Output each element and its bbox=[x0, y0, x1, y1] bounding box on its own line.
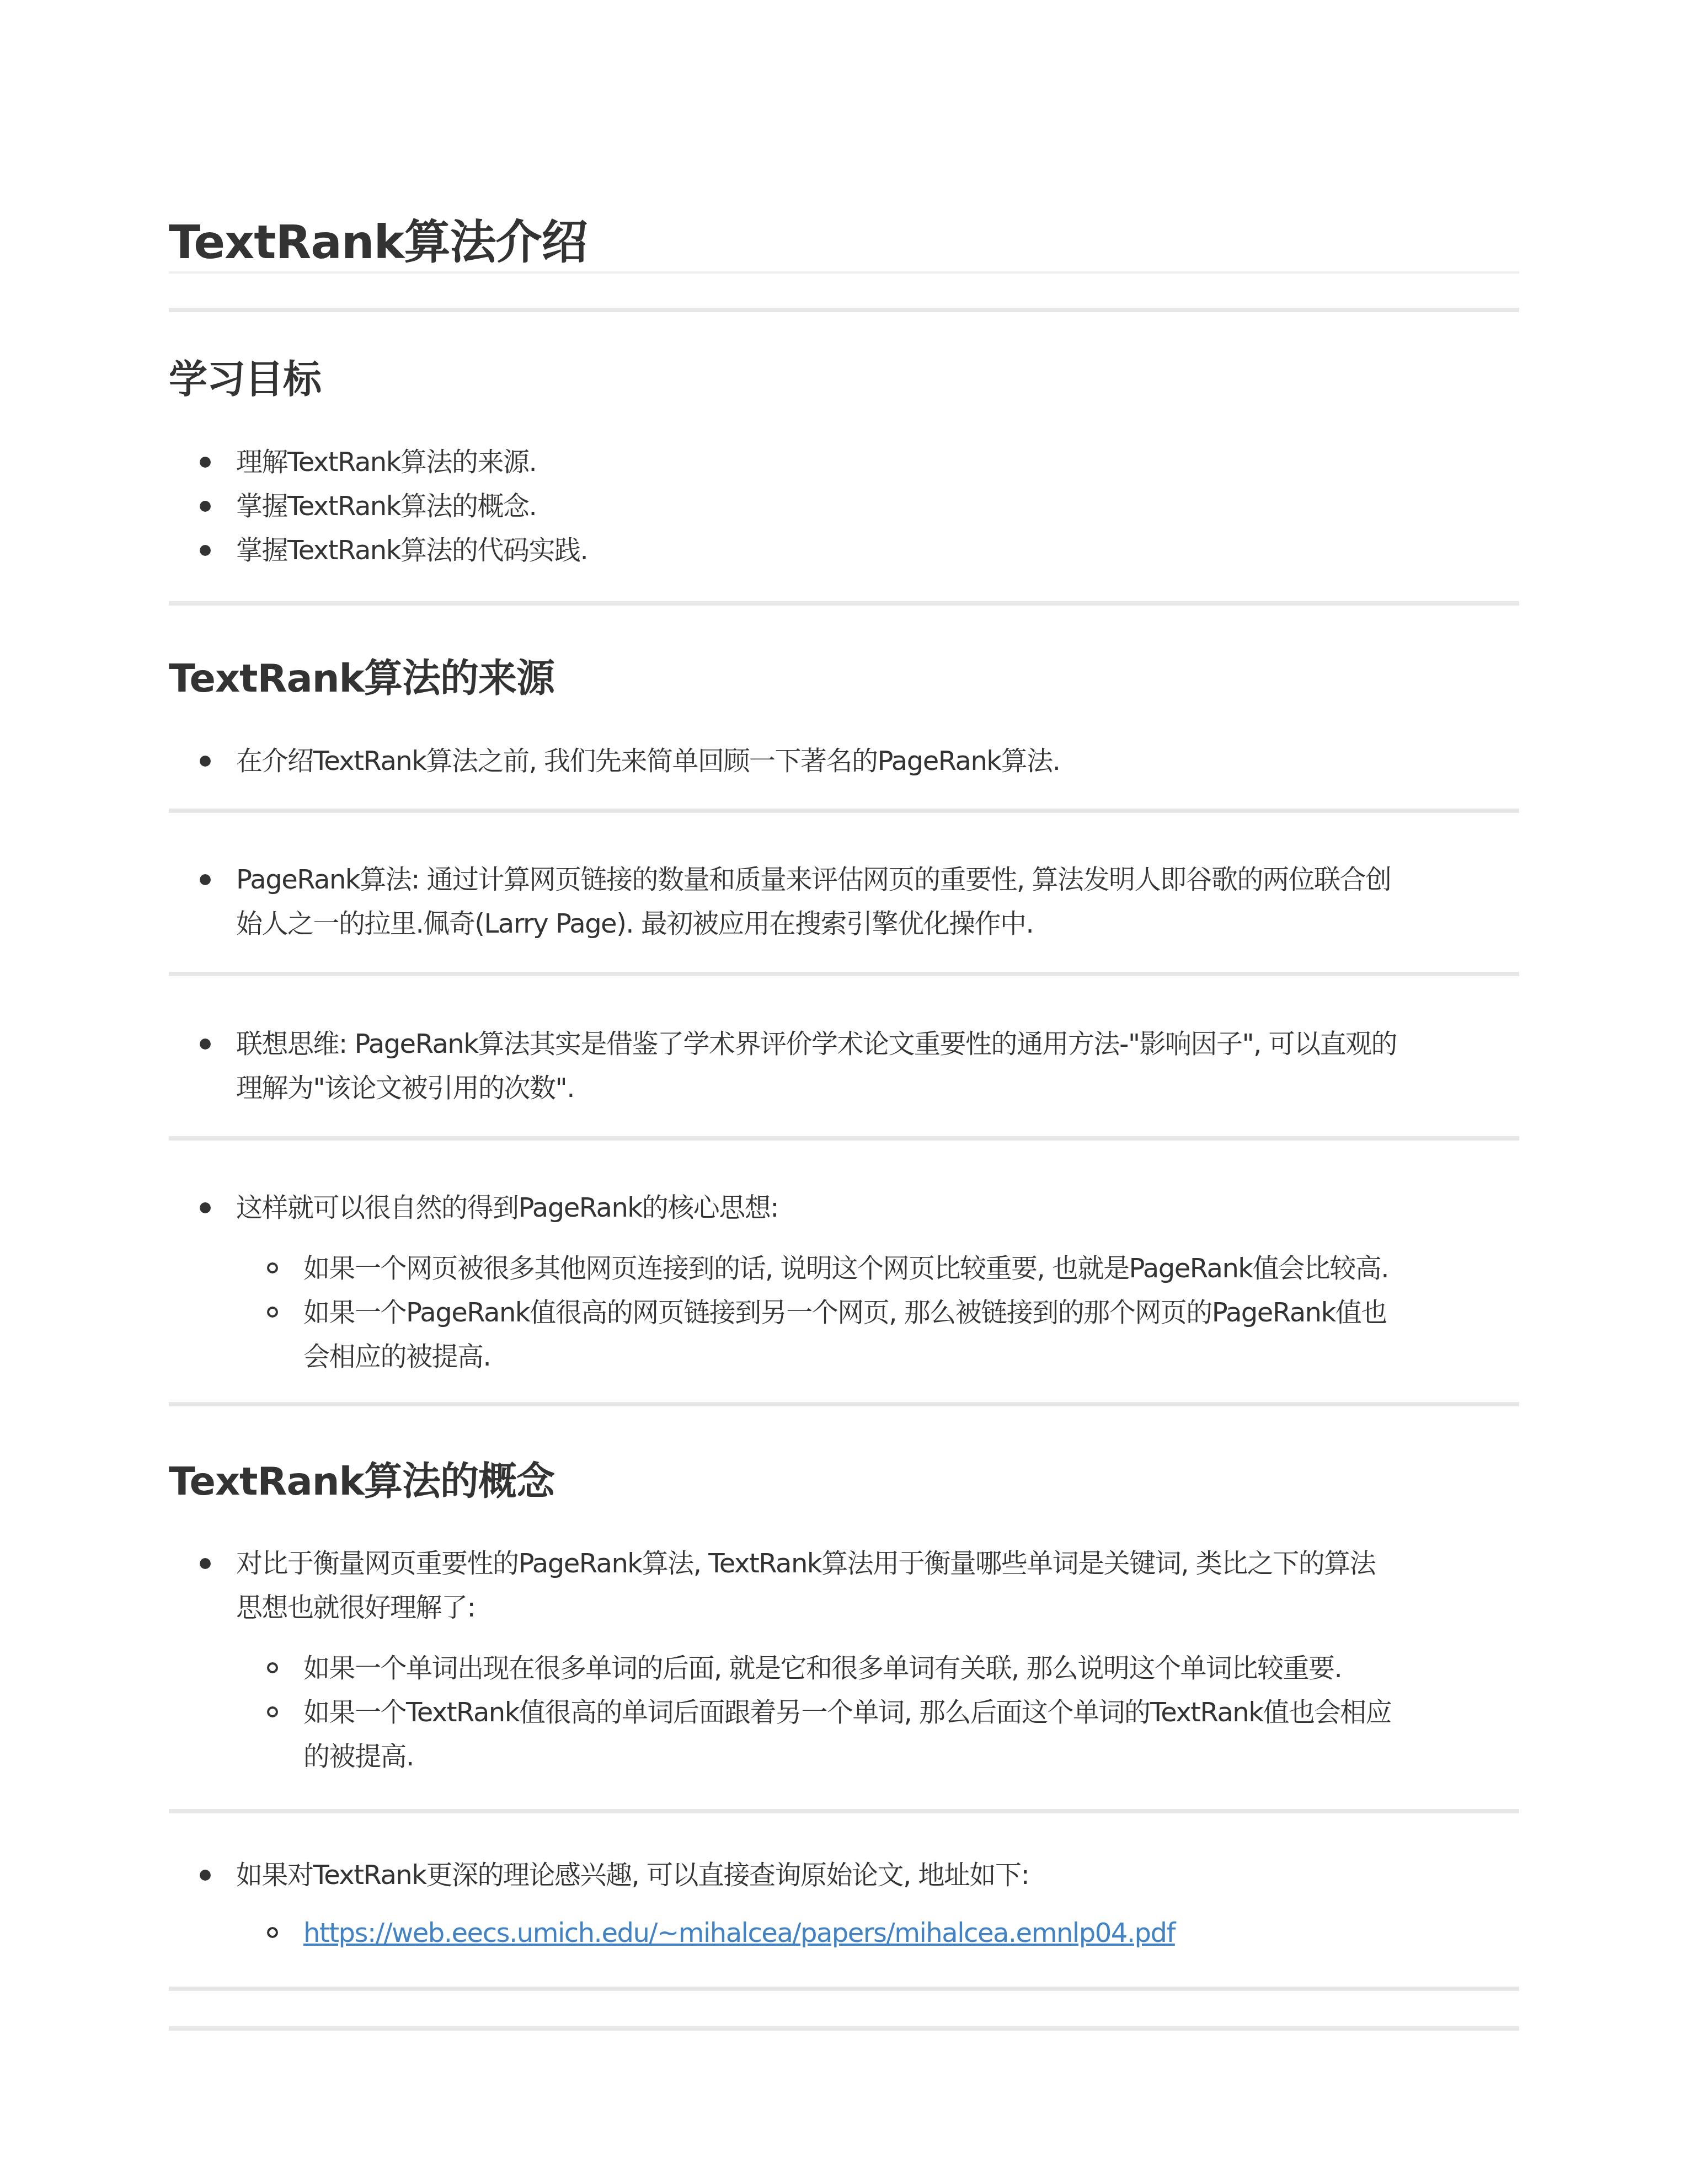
bullet-icon bbox=[200, 457, 211, 468]
list-item: 在介绍TextRank算法之前, 我们先来简单回顾一下著名的PageRank算法… bbox=[169, 739, 1519, 783]
paper-link[interactable]: https://web.eecs.umich.edu/~mihalcea/pap… bbox=[303, 1918, 1175, 1949]
section-heading-origin: TextRank算法的来源 bbox=[169, 651, 1519, 706]
learning-goals-list: 理解TextRank算法的来源. 掌握TextRank算法的概念. 掌握Text… bbox=[169, 440, 1519, 572]
list-item: 联想思维: PageRank算法其实是借鉴了学术界评价学术论文重要性的通用方法-… bbox=[169, 1022, 1519, 1110]
title-underline bbox=[169, 271, 1519, 274]
bullet-icon bbox=[200, 1202, 211, 1213]
sub-list-item: 如果一个单词出现在很多单词的后面, 就是它和很多单词有关联, 那么说明这个单词比… bbox=[169, 1646, 1519, 1690]
circle-bullet-icon bbox=[267, 1662, 278, 1673]
horizontal-rule bbox=[169, 809, 1519, 813]
horizontal-rule bbox=[169, 601, 1519, 606]
origin-list-2: PageRank算法: 通过计算网页链接的数量和质量来评估网页的重要性, 算法发… bbox=[169, 858, 1519, 946]
section-heading-learning-goals: 学习目标 bbox=[169, 352, 1519, 407]
sub-list-item: 如果一个TextRank值很高的单词后面跟着另一个单词, 那么后面这个单词的Te… bbox=[169, 1690, 1519, 1779]
origin-list-1: 在介绍TextRank算法之前, 我们先来简单回顾一下著名的PageRank算法… bbox=[169, 739, 1519, 783]
bullet-icon bbox=[200, 1558, 211, 1569]
bullet-icon bbox=[200, 501, 211, 512]
paper-link-sublist: https://web.eecs.umich.edu/~mihalcea/pap… bbox=[169, 1911, 1519, 1955]
list-item: 这样就可以很自然的得到PageRank的核心思想: bbox=[169, 1186, 1519, 1230]
horizontal-rule bbox=[169, 972, 1519, 976]
sub-list-item: 如果一个PageRank值很高的网页链接到另一个网页, 那么被链接到的那个网页的… bbox=[169, 1291, 1519, 1379]
horizontal-rule bbox=[169, 2026, 1519, 2031]
bullet-icon bbox=[200, 756, 211, 767]
origin-list-4: 这样就可以很自然的得到PageRank的核心思想: bbox=[169, 1186, 1519, 1230]
section-heading-concept: TextRank算法的概念 bbox=[169, 1454, 1519, 1509]
list-item: 掌握TextRank算法的概念. bbox=[169, 484, 1519, 528]
sub-list-item: 如果一个网页被很多其他网页连接到的话, 说明这个网页比较重要, 也就是PageR… bbox=[169, 1246, 1519, 1291]
circle-bullet-icon bbox=[267, 1706, 278, 1717]
list-item: 理解TextRank算法的来源. bbox=[169, 440, 1519, 484]
bullet-icon bbox=[200, 545, 211, 556]
concept-list-2: 如果对TextRank更深的理论感兴趣, 可以直接查询原始论文, 地址如下: bbox=[169, 1853, 1519, 1897]
circle-bullet-icon bbox=[267, 1927, 278, 1938]
horizontal-rule bbox=[169, 308, 1519, 312]
page-title: TextRank算法介绍 bbox=[169, 212, 1519, 272]
bullet-icon bbox=[200, 874, 211, 885]
horizontal-rule bbox=[169, 1809, 1519, 1813]
core-idea-sublist: 如果一个网页被很多其他网页连接到的话, 说明这个网页比较重要, 也就是PageR… bbox=[169, 1246, 1519, 1379]
horizontal-rule bbox=[169, 1136, 1519, 1141]
origin-list-3: 联想思维: PageRank算法其实是借鉴了学术界评价学术论文重要性的通用方法-… bbox=[169, 1022, 1519, 1110]
concept-sublist: 如果一个单词出现在很多单词的后面, 就是它和很多单词有关联, 那么说明这个单词比… bbox=[169, 1646, 1519, 1779]
horizontal-rule bbox=[169, 1402, 1519, 1406]
bullet-icon bbox=[200, 1870, 211, 1881]
circle-bullet-icon bbox=[267, 1307, 278, 1318]
sub-list-item: https://web.eecs.umich.edu/~mihalcea/pap… bbox=[169, 1911, 1519, 1955]
horizontal-rule bbox=[169, 1987, 1519, 1991]
list-item: 掌握TextRank算法的代码实践. bbox=[169, 528, 1519, 572]
list-item: 对比于衡量网页重要性的PageRank算法, TextRank算法用于衡量哪些单… bbox=[169, 1541, 1519, 1630]
circle-bullet-icon bbox=[267, 1262, 278, 1273]
bullet-icon bbox=[200, 1039, 211, 1050]
concept-list-1: 对比于衡量网页重要性的PageRank算法, TextRank算法用于衡量哪些单… bbox=[169, 1541, 1519, 1630]
list-item: 如果对TextRank更深的理论感兴趣, 可以直接查询原始论文, 地址如下: bbox=[169, 1853, 1519, 1897]
list-item: PageRank算法: 通过计算网页链接的数量和质量来评估网页的重要性, 算法发… bbox=[169, 858, 1519, 946]
